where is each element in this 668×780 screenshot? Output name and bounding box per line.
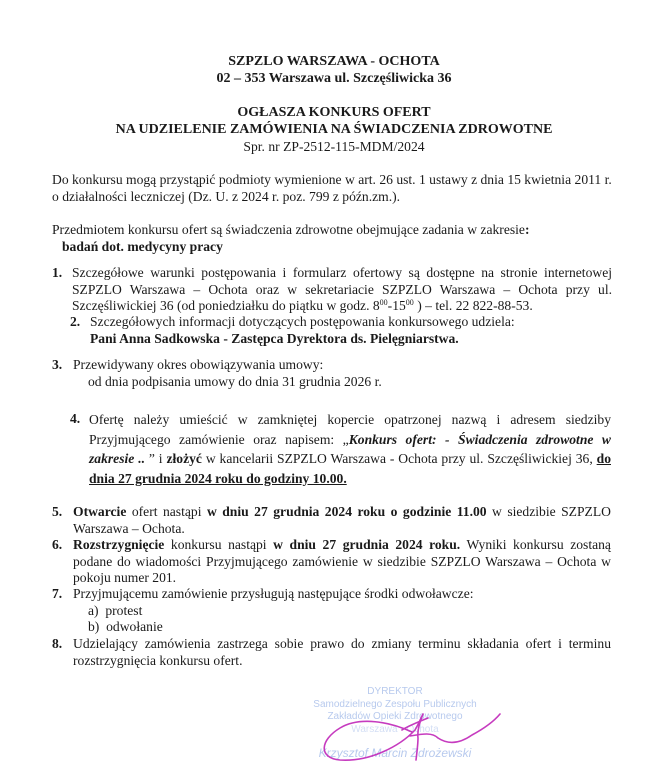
subject-line: Przedmiotem konkursu ofert są świadczeni… [52,222,525,237]
item-number: 6. [52,537,62,554]
organization-name: SZPZLO WARSZAWA - OCHOTA [0,53,668,70]
item-7-option: b) odwołanie [88,619,611,636]
item-4-text: Ofertę należy umieścić w zamkniętej kope… [89,410,611,488]
item-1-text: Szczegółowe warunki postępowania i formu… [72,265,612,315]
item-6-text-a: konkursu nastąpi [164,537,273,552]
item-4-text-c: w kancelarii SZPZLO Warszawa - Ochota pr… [202,451,597,466]
item-6: 6. Rozstrzygnięcie konkursu nastąpi w dn… [52,537,611,587]
item-3-text: Przewidywany okres obowiązywania umowy: [73,357,612,374]
item-6-lead: Rozstrzygnięcie [73,537,164,552]
subject-scope: badań dot. medycyny pracy [52,239,622,256]
item-2-contact-person: Pani Anna Sadkowska - Zastępca Dyrektora… [90,331,610,348]
item-5-date: w dniu 27 grudnia 2024 roku o godzinie 1… [207,504,487,519]
item-7-text: Przyjmującemu zamówienie przysługują nas… [73,586,611,603]
item-8: 8. Udzielający zamówienia zastrzega sobi… [52,636,611,669]
item-1: 1. Szczegółowe warunki postępowania i fo… [52,265,612,315]
item-number: 2. [70,314,80,331]
item-8-text: Udzielający zamówienia zastrzega sobie p… [73,636,611,669]
announcement-title: OGŁASZA KONKURS OFERT [0,104,668,121]
announcement-subtitle: NA UDZIELENIE ZAMÓWIENIA NA ŚWIADCZENIA … [0,121,668,138]
item-1-sup-1: 00 [380,298,388,307]
item-2-text: Szczegółowych informacji dotyczących pos… [90,314,610,331]
item-7: 7. Przyjmującemu zamówienie przysługują … [52,586,611,636]
item-5-text: Otwarcie ofert nastąpi w dniu 27 grudnia… [73,504,611,537]
item-1-dash: -15 [388,298,406,313]
subject-paragraph: Przedmiotem konkursu ofert są świadczeni… [52,222,622,255]
item-5: 5. Otwarcie ofert nastąpi w dniu 27 grud… [52,504,611,537]
item-1-text-b: ) – tel. 22 822-88-53. [414,298,533,313]
item-number: 4. [70,411,80,428]
option-label: b) [88,619,99,634]
item-3-period: od dnia podpisania umowy do dnia 31 grud… [88,374,612,391]
item-6-text: Rozstrzygnięcie konkursu nastąpi w dniu … [73,537,611,587]
item-4: 4. Ofertę należy umieścić w zamkniętej k… [70,411,611,488]
option-label: a) [88,603,99,618]
signature-icon [290,680,510,780]
item-3: 3. Przewidywany okres obowiązywania umow… [52,357,612,390]
item-4-submit: złożyć [166,451,201,466]
item-1-sup-2: 00 [406,298,414,307]
item-6-date: w dniu 27 grudnia 2024 roku. [273,537,460,552]
intro-line-2: o działalności leczniczej (Dz. U. z 2024… [52,189,622,206]
item-number: 8. [52,636,62,653]
item-7-option: a) protest [88,603,611,620]
subject-colon: : [525,222,530,237]
option-text: protest [105,603,142,618]
organization-address: 02 – 353 Warszawa ul. Szczęśliwicka 36 [0,70,668,87]
item-5-text-a: ofert nastąpi [126,504,207,519]
item-2: 2. Szczegółowych informacji dotyczących … [70,314,610,347]
item-4-text-b: ” i [145,451,166,466]
intro-line-1: Do konkursu mogą przystąpić podmioty wym… [52,172,622,189]
item-number: 7. [52,586,62,603]
item-number: 5. [52,504,62,521]
case-number: Spr. nr ZP-2512-115-MDM/2024 [0,138,668,155]
intro-paragraph: Do konkursu mogą przystąpić podmioty wym… [52,172,622,205]
item-5-lead: Otwarcie [73,504,126,519]
option-text: odwołanie [106,619,163,634]
item-number: 1. [52,265,62,282]
item-number: 3. [52,357,62,374]
